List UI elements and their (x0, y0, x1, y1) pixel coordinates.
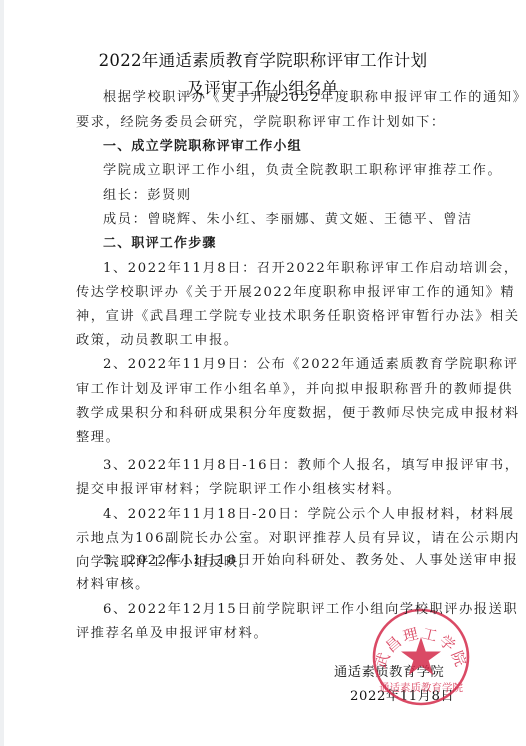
section-heading-1: 一、成立学院职称评审工作小组 (103, 135, 302, 154)
group-leader: 组长：彭贤则 (103, 184, 192, 203)
paragraph-group: 学院成立职评工作小组，负责全院教职工职称评审推荐工作。 (103, 159, 502, 178)
step-6-cont: 评推荐名单及申报评审材料。 (76, 622, 268, 641)
paragraph-intro: 根据学校职评办《关于开展2022年度职称申报评审工作的通知》 (103, 86, 526, 105)
step-5-cont: 材料审核。 (76, 573, 150, 592)
step-5: 5、2022年11月18日开始向科研处、教务处、人事处送审申报 (103, 549, 518, 568)
step-2-cont: 教学成果积分和科研成果积分年度数据，便于教师尽快完成申报材料 (76, 402, 520, 421)
step-4-cont: 示地点为106副院长办公室。对职评推荐人员有异议，请在公示期内 (76, 527, 520, 546)
step-1-cont: 神，宣讲《武昌理工学院专业技术职务任职资格评审暂行办法》相关 (76, 305, 520, 324)
step-2: 2、2022年11月9日：公布《2022年通适素质教育学院职称评 (103, 353, 519, 372)
svg-text:通适素质教育学院: 通适素质教育学院 (379, 681, 463, 694)
official-seal-icon: 武昌理工学院 通适素质教育学院 (371, 607, 471, 707)
step-2-cont: 审工作计划及评审工作小组名单》，并向拟申报职称晋升的教师提供 (76, 378, 513, 397)
step-3: 3、2022年11月8日-16日：教师个人报名，填写申报评审书， (103, 454, 520, 473)
group-members: 成员：曾晓辉、朱小红、李丽娜、黄文姬、王德平、曾洁 (103, 208, 473, 227)
step-1-cont: 传达学校职评办《关于开展2022年度职称申报评审工作的通知》精 (76, 281, 515, 300)
step-6: 6、2022年12月15日前学院职评工作小组向学校职评办报送职 (103, 598, 518, 617)
step-1-cont: 政策，动员教职工申报。 (76, 329, 239, 348)
step-3-cont: 提交申报评审材料；学院职评工作小组核实材料。 (76, 478, 401, 497)
scan-edge (0, 0, 4, 746)
paragraph-intro-cont: 要求，经院务委员会研究，学院职称评审工作计划如下： (76, 111, 446, 130)
step-4: 4、2022年11月18日-20日：学院公示个人申报材料，材料展 (103, 503, 515, 522)
step-1: 1、2022年11月8日：召开2022年职称评审工作启动培训会， (103, 257, 519, 276)
step-2-cont: 整理。 (76, 426, 120, 445)
section-heading-2: 二、职评工作步骤 (103, 232, 217, 251)
document-title-line-1: 2022年通适素质教育学院职称评审工作计划 (0, 47, 526, 71)
